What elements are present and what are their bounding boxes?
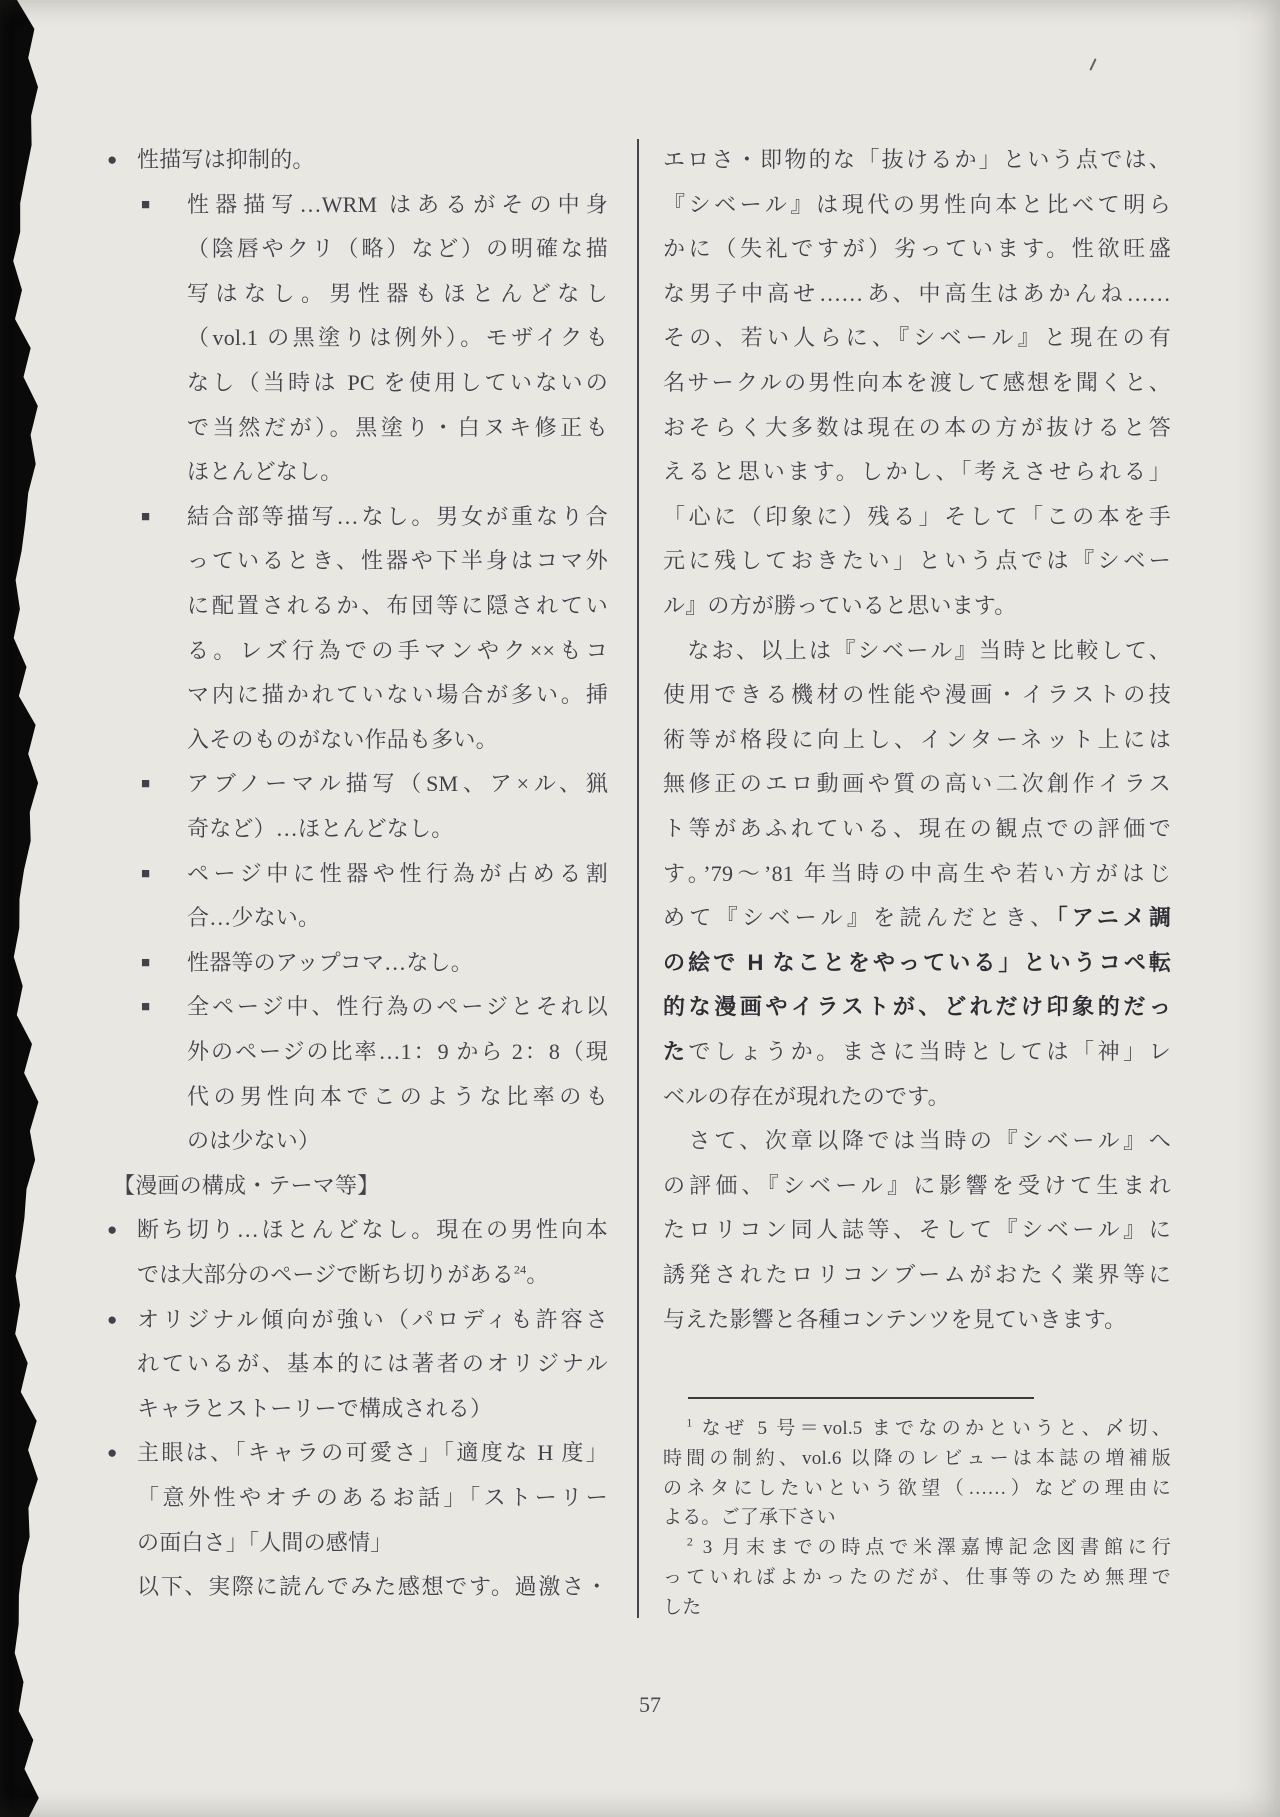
text-run: では大部分のページで断ち切りがある [137, 1262, 514, 1287]
text-run: なお、以上は『シベール』当時と比較して、 [663, 638, 1171, 663]
text-run: した [663, 1597, 701, 1618]
text-run: のは少ない） [187, 1128, 320, 1153]
left-column-line: れているが、基本的には著者のオリジナル [137, 1342, 608, 1387]
text-run: 合…少ない。 [187, 905, 320, 930]
right-column-line: す。’79～’81 年当時の中高生や若い方がはじ [663, 852, 1171, 897]
text-run: 入そのものがない作品も多い。 [187, 727, 498, 752]
left-column-line: ●オリジナル傾向が強い（パロディも許容さ [137, 1298, 608, 1343]
text-run: 外のページの比率…1：9 から 2：8（現 [187, 1039, 608, 1064]
text-run: 無修正のエロ動画や質の高い二次創作イラス [663, 771, 1171, 796]
right-column-line: 使用できる機材の性能や漫画・イラストの技 [663, 673, 1171, 718]
left-column-line: に配置されるか、布団等に隠されてい [187, 584, 608, 629]
right-column-line: 元に残しておきたい」という点では『シベー [663, 539, 1171, 584]
right-column-line: 名サークルの男性向本を渡して感想を聞くと、 [663, 361, 1171, 406]
text-run: オリジナル傾向が強い（パロディも許容さ [137, 1307, 608, 1332]
left-column-line: で当然だが）。黒塗り・白ヌキ修正も [187, 406, 608, 451]
left-column-line: 以下、実際に読んでみた感想です。過激さ・ [137, 1565, 608, 1610]
text-run: （vol.1 の黒塗りは例外）。モザイクも [187, 325, 608, 350]
text-run: でしょうか。まさに当時としては「神」レ [688, 1039, 1171, 1064]
text-run: 主眼は、「キャラの可愛さ」「適度な H 度」 [137, 1440, 608, 1465]
text-run: 「心に（印象に）残る」そして「この本を手 [663, 504, 1171, 529]
left-column-line: マ内に描かれていない場合が多い。挿 [187, 673, 608, 718]
text-run: 元に残しておきたい」という点では『シベー [663, 548, 1171, 573]
right-column-line: かに（失礼ですが）劣っています。性欲旺盛 [663, 227, 1171, 272]
left-column-line: 代の男性向本でこのような比率のも [187, 1075, 608, 1120]
text-run: 。 [526, 1262, 548, 1287]
left-column-line: っているとき、性器や下半身はコマ外 [187, 539, 608, 584]
text-run: で当然だが）。黒塗り・白ヌキ修正も [187, 415, 608, 440]
scan-speck [1089, 58, 1096, 71]
left-column-line: ●断ち切り…ほとんどなし。現在の男性向本 [137, 1208, 608, 1253]
square-bullet-icon: ■ [141, 183, 150, 228]
right-column-line: たロリコン同人誌等、そして『シベール』に [663, 1208, 1171, 1253]
text-run: の面白さ」「人間の感情」 [137, 1530, 392, 1555]
footnote-line: よる。ご了承下さい [663, 1503, 1171, 1533]
text-run: 断ち切り…ほとんどなし。現在の男性向本 [137, 1217, 608, 1242]
right-column-line: 「心に（印象に）残る」そして「この本を手 [663, 495, 1171, 540]
right-column-line: エロさ・即物的な「抜けるか」という点では、 [663, 138, 1171, 183]
text-run: 『シベール』は現代の男性向本と比べて明ら [663, 192, 1171, 217]
text-run: る。レズ行為での手マンやク××もコ [187, 638, 608, 663]
text-run: 写はなし。男性器もほとんどなし [187, 281, 608, 306]
right-column-line: 与えた影響と各種コンテンツを見ていきます。 [663, 1298, 1171, 1343]
text-run: ル』の方が勝っていると思います。 [663, 593, 1016, 618]
text-run: に配置されるか、布団等に隠されてい [187, 593, 608, 618]
text-run: 誘発されたロリコンブームがおたく業界等に [663, 1262, 1171, 1287]
left-column-line: ■アブノーマル描写（SM、ア×ル、猟 [187, 762, 608, 807]
text-run: 「意外性やオチのあるお話」「ストーリー [137, 1485, 608, 1510]
text-run: その、若い人らに、『シベール』と現在の有 [663, 325, 1171, 350]
footnote-line: っていればよかったのだが、仕事等のため無理で [663, 1563, 1171, 1593]
right-column-line: な男子中高せ……あ、中高生はあかんね…… [663, 272, 1171, 317]
left-column-line: 奇など）…ほとんどなし。 [187, 807, 608, 852]
bullet-icon: ● [107, 1208, 117, 1253]
text-run: 結合部等描写…なし。男女が重なり合 [187, 504, 608, 529]
text-run: 使用できる機材の性能や漫画・イラストの技 [663, 682, 1171, 707]
text-run [663, 1418, 686, 1439]
right-column-line: 術等が格段に向上し、インターネット上には [663, 718, 1171, 763]
right-column-line: たでしょうか。まさに当時としては「神」レ [663, 1030, 1171, 1075]
text-run: の評価、『シベール』に影響を受けて生まれ [663, 1173, 1171, 1198]
bullet-icon: ● [107, 1431, 117, 1476]
text-run: おそらく大多数は現在の本の方が抜けると答 [663, 415, 1171, 440]
text-run: 代の男性向本でこのような比率のも [187, 1084, 608, 1109]
footnote-line: 1 なぜ 5 号＝vol.5 までなのかというと、〆切、 [663, 1414, 1171, 1444]
left-column-line: ■性器描写…WRM はあるがその中身 [187, 183, 608, 228]
text-run: 性器描写…WRM はあるがその中身 [187, 192, 608, 217]
footnote-line: のネタにしたいという欲望（……）などの理由に [663, 1474, 1171, 1504]
left-column-line: （陰唇やクリ（略）など）の明確な描 [187, 227, 608, 272]
column-divider [637, 139, 639, 1618]
square-bullet-icon: ■ [141, 495, 150, 540]
text-run: っていればよかったのだが、仕事等のため無理で [663, 1567, 1171, 1588]
left-column-line: 【漫画の構成・テーマ等】 [113, 1164, 623, 1209]
right-column-line: 無修正のエロ動画や質の高い二次創作イラス [663, 762, 1171, 807]
square-bullet-icon: ■ [141, 941, 150, 986]
binding-edge [0, 0, 46, 1817]
text-run: （陰唇やクリ（略）など）の明確な描 [187, 236, 608, 261]
text-run: なし（当時は PC を使用していないの [187, 370, 608, 395]
binding-tear-shape [0, 0, 39, 1817]
right-column-line: さて、次章以降では当時の『シベール』へ [663, 1119, 1171, 1164]
bullet-icon: ● [107, 138, 117, 183]
left-column-line: ●性描写は抑制的。 [137, 138, 608, 183]
text-run: 時間の制約、vol.6 以降のレビューは本誌の増補版 [663, 1448, 1171, 1469]
text-run: 全ページ中、性行為のページとそれ以 [187, 994, 608, 1019]
text-run: エロさ・即物的な「抜けるか」という点では、 [663, 147, 1171, 172]
footnote-rule [688, 1397, 1034, 1399]
right-column-line: 的な漫画やイラストが、どれだけ印象的だっ [663, 985, 1171, 1030]
right-column-line: おそらく大多数は現在の本の方が抜けると答 [663, 406, 1171, 451]
left-column-line: 「意外性やオチのあるお話」「ストーリー [137, 1476, 608, 1521]
right-column-line: その、若い人らに、『シベール』と現在の有 [663, 316, 1171, 361]
text-run: 与えた影響と各種コンテンツを見ていきます。 [663, 1307, 1126, 1332]
text-run: キャラとストーリーで構成される） [137, 1396, 492, 1421]
text-run: す。’79～’81 年当時の中高生や若い方がはじ [663, 861, 1171, 886]
text-run [663, 1537, 687, 1558]
left-column-line: キャラとストーリーで構成される） [137, 1387, 608, 1432]
right-column-line: なお、以上は『シベール』当時と比較して、 [663, 629, 1171, 674]
right-column-line: ル』の方が勝っていると思います。 [663, 584, 1171, 629]
left-column-line: ■性器等のアップコマ…なし。 [187, 941, 608, 986]
right-column-line: えると思います。しかし、「考えさせられる」 [663, 450, 1171, 495]
left-column-line: 合…少ない。 [187, 896, 608, 941]
left-column-line: の面白さ」「人間の感情」 [137, 1521, 608, 1566]
footnote-line: 2 3 月末までの時点で米澤嘉博記念図書館に行 [663, 1533, 1171, 1563]
text-run: えると思います。しかし、「考えさせられる」 [663, 459, 1171, 484]
square-bullet-icon: ■ [141, 985, 150, 1030]
text-run: ほとんどなし。 [187, 459, 342, 484]
text-run: 【漫画の構成・テーマ等】 [113, 1173, 379, 1198]
text-run: な男子中高せ……あ、中高生はあかんね…… [663, 281, 1171, 306]
text-run: た [663, 1039, 688, 1064]
bullet-icon: ● [107, 1298, 117, 1343]
text-run: たロリコン同人誌等、そして『シベール』に [663, 1217, 1171, 1242]
left-column-line: る。レズ行為での手マンやク××もコ [187, 629, 608, 674]
text-run: 以下、実際に読んでみた感想です。過激さ・ [137, 1574, 608, 1599]
left-column-line: ほとんどなし。 [187, 450, 608, 495]
text-run: 的な漫画やイラストが、どれだけ印象的だっ [663, 994, 1171, 1019]
text-run: かに（失礼ですが）劣っています。性欲旺盛 [663, 236, 1171, 261]
text-run: 「アニメ調 [1057, 905, 1171, 930]
text-run: さて、次章以降では当時の『シベール』へ [663, 1128, 1171, 1153]
left-column-line: 写はなし。男性器もほとんどなし [187, 272, 608, 317]
text-run: よる。ご了承下さい [663, 1507, 836, 1528]
text-run: アブノーマル描写（SM、ア×ル、猟 [187, 771, 608, 796]
square-bullet-icon: ■ [141, 852, 150, 897]
text-run: 3 月末までの時点で米澤嘉博記念図書館に行 [693, 1537, 1171, 1558]
text-run: 名サークルの男性向本を渡して感想を聞くと、 [663, 370, 1171, 395]
right-column-line: ベルの存在が現れたのです。 [663, 1075, 1171, 1120]
text-run: 性描写は抑制的。 [137, 147, 315, 172]
text-run: なぜ 5 号＝vol.5 までなのかというと、〆切、 [693, 1418, 1171, 1439]
square-bullet-icon: ■ [141, 762, 150, 807]
text-run: ページ中に性器や性行為が占める割 [187, 861, 608, 886]
right-column-line: の評価、『シベール』に影響を受けて生まれ [663, 1164, 1171, 1209]
page-number: 57 [610, 1692, 690, 1718]
right-column-line: 『シベール』は現代の男性向本と比べて明ら [663, 183, 1171, 228]
left-column-line: のは少ない） [187, 1119, 608, 1164]
right-column-line: ト等があふれている、現在の観点での評価で [663, 807, 1171, 852]
text-run: マ内に描かれていない場合が多い。挿 [187, 682, 608, 707]
right-column-line: の絵で H なことをやっている」というコペ転 [663, 941, 1171, 986]
footnote-line: した [663, 1593, 1171, 1623]
text-run: っているとき、性器や下半身はコマ外 [187, 548, 608, 573]
text-run: 性器等のアップコマ…なし。 [187, 950, 473, 975]
text-run: ベルの存在が現れたのです。 [663, 1084, 950, 1109]
left-column-line: なし（当時は PC を使用していないの [187, 361, 608, 406]
text-run: 奇など）…ほとんどなし。 [187, 816, 453, 841]
text-run: れているが、基本的には著者のオリジナル [137, 1351, 608, 1376]
left-column-line: ■ページ中に性器や性行為が占める割 [187, 852, 608, 897]
left-column-line: 入そのものがない作品も多い。 [187, 718, 608, 763]
text-run: 術等が格段に向上し、インターネット上には [663, 727, 1171, 752]
footnote-line: 時間の制約、vol.6 以降のレビューは本誌の増補版 [663, 1444, 1171, 1474]
text-run: ト等があふれている、現在の観点での評価で [663, 816, 1171, 841]
text-run: の絵で H なことをやっている」というコペ転 [663, 950, 1171, 975]
footnote-ref: 24 [514, 1263, 526, 1277]
text-run: のネタにしたいという欲望（……）などの理由に [663, 1478, 1171, 1499]
left-column-line: （vol.1 の黒塗りは例外）。モザイクも [187, 316, 608, 361]
left-column-line: ●主眼は、「キャラの可愛さ」「適度な H 度」 [137, 1431, 608, 1476]
text-run: めて『シベール』を読んだとき、 [663, 905, 1057, 930]
left-column-line: では大部分のページで断ち切りがある24。 [137, 1253, 608, 1298]
right-column-line: 誘発されたロリコンブームがおたく業界等に [663, 1253, 1171, 1298]
left-column-line: ■全ページ中、性行為のページとそれ以 [187, 985, 608, 1030]
right-column-line: めて『シベール』を読んだとき、「アニメ調 [663, 896, 1171, 941]
left-column-line: ■結合部等描写…なし。男女が重なり合 [187, 495, 608, 540]
left-column-line: 外のページの比率…1：9 から 2：8（現 [187, 1030, 608, 1075]
